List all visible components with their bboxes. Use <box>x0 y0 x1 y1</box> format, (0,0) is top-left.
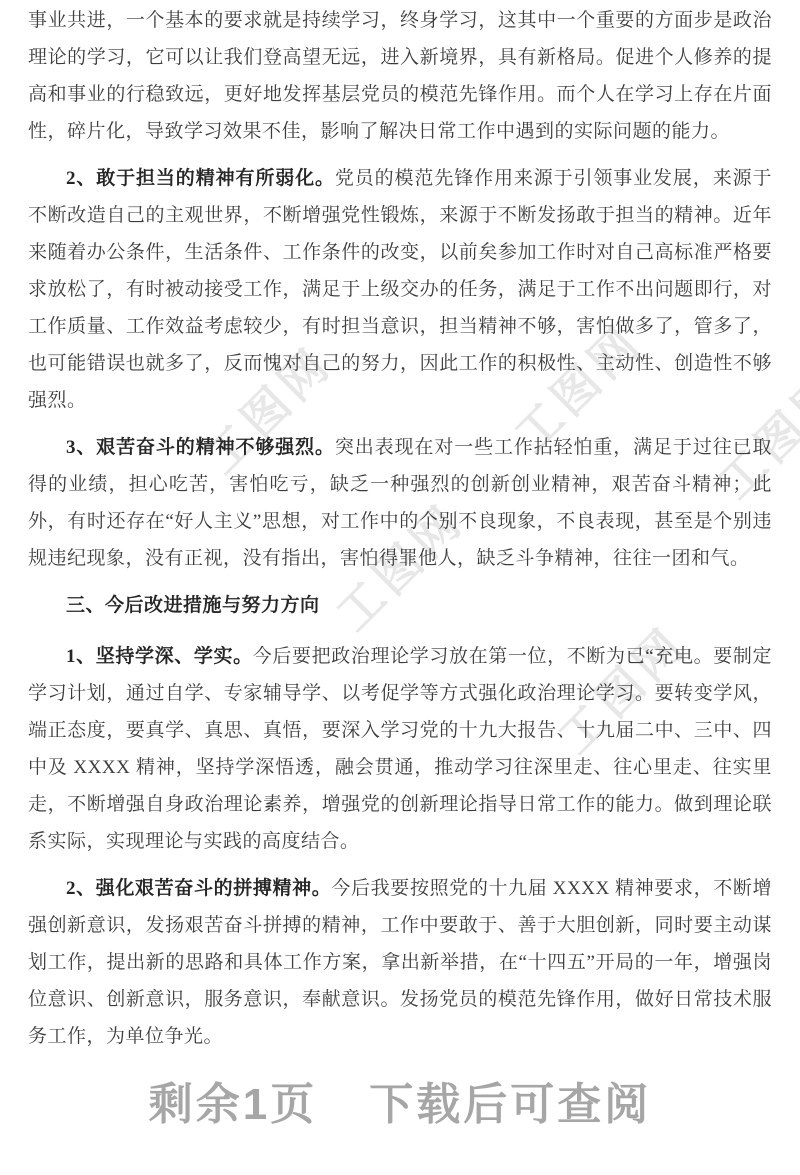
document-page: 工图网工图网工图网工图网工图网 事业共进，一个基本的要求就是持续学习，终身学习，… <box>0 0 800 1175</box>
pages-remaining-label: 剩余1页 <box>149 1080 317 1129</box>
paragraph-text: 今后我要按照党的十九届 XXXX 精神要求，不断增强创新意识，发扬艰苦奋斗拼搏的… <box>28 878 772 1047</box>
paragraph-lead: 1、坚持学深、学实。 <box>66 646 253 667</box>
document-content: 事业共进，一个基本的要求就是持续学习，终身学习，这其中一个重要的方面步是政治理论… <box>28 2 772 1065</box>
paragraph: 2、敢于担当的精神有所弱化。党员的模范先锋作用来源于引领事业发展，来源于不断改造… <box>28 160 772 419</box>
paragraph-text: 事业共进，一个基本的要求就是持续学习，终身学习，这其中一个重要的方面步是政治理论… <box>28 10 772 142</box>
section-heading-text: 三、今后改进措施与努力方向 <box>66 595 320 616</box>
download-notice: 剩余1页下载后可查阅 <box>0 1068 800 1132</box>
paragraph: 3、艰苦奋斗的精神不够强烈。突出表现在对一些工作拈轻怕重，满足于过往已取得的业绩… <box>28 429 772 577</box>
download-hint-label: 下载后可查阅 <box>369 1080 651 1129</box>
paragraph-text: 今后要把政治理论学习放在第一位，不断为已“充电。要制定学习计划，通过自学、专家辅… <box>28 646 772 852</box>
section-heading: 三、今后改进措施与努力方向 <box>28 587 772 624</box>
paragraph-text: 党员的模范先锋作用来源于引领事业发展，来源于不断改造自己的主观世界，不断增强党性… <box>28 168 772 411</box>
paragraph: 1、坚持学深、学实。今后要把政治理论学习放在第一位，不断为已“充电。要制定学习计… <box>28 638 772 860</box>
paragraph-lead: 2、敢于担当的精神有所弱化。 <box>66 168 335 189</box>
paragraph: 2、强化艰苦奋斗的拼搏精神。今后我要按照党的十九届 XXXX 精神要求，不断增强… <box>28 870 772 1055</box>
paragraph-lead: 3、艰苦奋斗的精神不够强烈。 <box>66 437 335 458</box>
paragraph: 事业共进，一个基本的要求就是持续学习，终身学习，这其中一个重要的方面步是政治理论… <box>28 2 772 150</box>
paragraph-lead: 2、强化艰苦奋斗的拼搏精神。 <box>66 878 331 899</box>
